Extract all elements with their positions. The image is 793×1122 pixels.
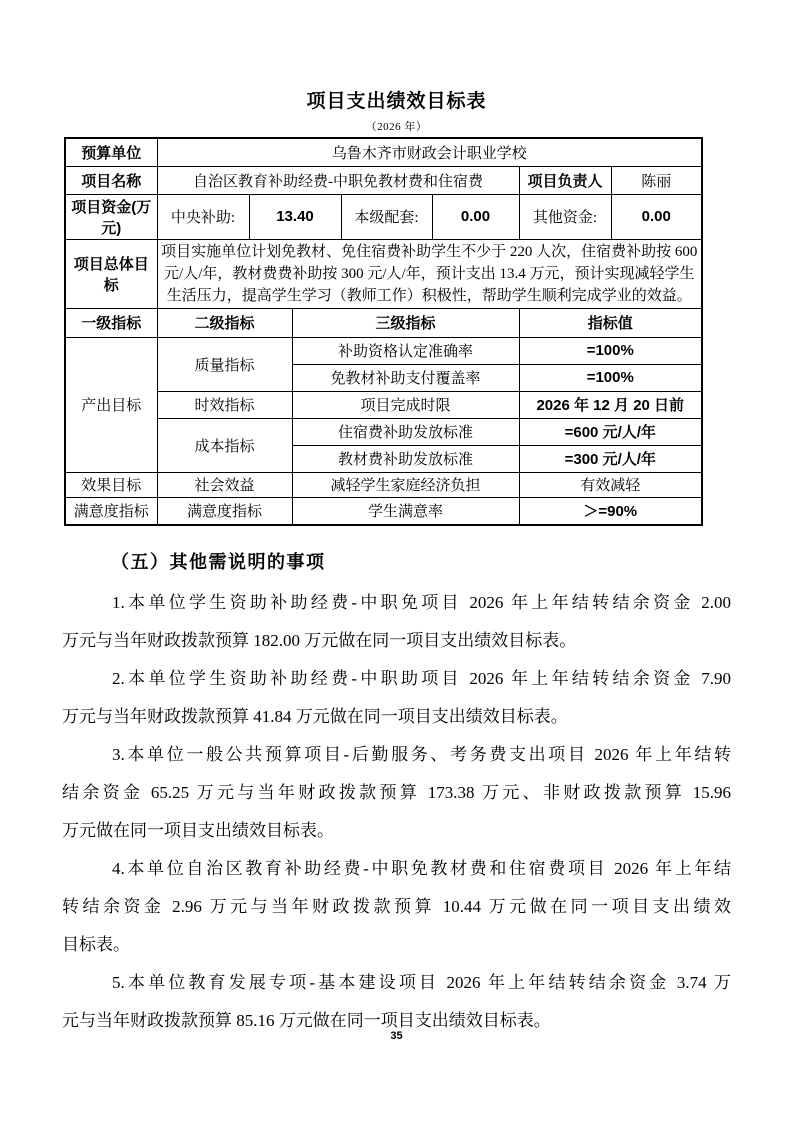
note-paragraph: 2.本单位学生资助补助经费-中职助项目 2026 年上年结转结余资金 7.90 … xyxy=(62,660,731,736)
note-paragraph: 5.本单位教育发展专项-基本建设项目 2026 年上年结转结余资金 3.74 万… xyxy=(62,964,731,1040)
project-funds-label: 项目资金(万元) xyxy=(65,194,157,239)
level2-quality: 质量指标 xyxy=(157,337,292,391)
indicator-name: 免教材补助支付覆盖率 xyxy=(292,364,519,391)
fund-central-label: 中央补助: xyxy=(157,194,249,239)
project-leader-label: 项目负责人 xyxy=(519,166,611,194)
note-line: 结余资金 65.25 万元与当年财政拨款预算 173.38 万元、非财政拨款预算… xyxy=(62,774,731,812)
indicator-row: 效果目标 社会效益 减轻学生家庭经济负担 有效减轻 xyxy=(65,472,702,497)
notes-heading: （五）其他需说明的事项 xyxy=(62,549,731,576)
note-paragraph: 4.本单位自治区教育补助经费-中职免教材费和住宿费项目 2026 年上年结 转结… xyxy=(62,850,731,964)
fund-local-value: 0.00 xyxy=(432,194,519,239)
indicator-value: 2026 年 12 月 20 日前 xyxy=(519,391,702,418)
budget-unit-label: 预算单位 xyxy=(65,138,157,166)
note-line: 5.本单位教育发展专项-基本建设项目 2026 年上年结转结余资金 3.74 万 xyxy=(62,964,731,1002)
header-level3: 三级指标 xyxy=(292,308,519,337)
fund-local-label: 本级配套: xyxy=(341,194,432,239)
note-line: 4.本单位自治区教育补助经费-中职免教材费和住宿费项目 2026 年上年结 xyxy=(62,850,731,888)
level1-effect-goal: 效果目标 xyxy=(65,472,157,497)
indicator-value: =100% xyxy=(519,337,702,364)
header-level2: 二级指标 xyxy=(157,308,292,337)
indicator-value: =600 元/人/年 xyxy=(519,418,702,445)
level2-cost: 成本指标 xyxy=(157,418,292,472)
notes-section: （五）其他需说明的事项 1.本单位学生资助补助经费-中职免项目 2026 年上年… xyxy=(62,549,731,1040)
fund-central-value: 13.40 xyxy=(249,194,341,239)
indicator-value: =100% xyxy=(519,364,702,391)
table-row: 项目资金(万元) 中央补助: 13.40 本级配套: 0.00 其他资金: 0.… xyxy=(65,194,702,239)
project-leader-value: 陈丽 xyxy=(611,166,702,194)
table-row: 项目总体目标 项目实施单位计划免教材、免住宿费补助学生不少于 220 人次，住宿… xyxy=(65,239,702,308)
project-name-label: 项目名称 xyxy=(65,166,157,194)
performance-target-table: 预算单位 乌鲁木齐市财政会计职业学校 项目名称 自治区教育补助经费-中职免教材费… xyxy=(64,137,703,526)
level2-timeliness: 时效指标 xyxy=(157,391,292,418)
header-level1: 一级指标 xyxy=(65,308,157,337)
level1-output-goal: 产出目标 xyxy=(65,337,157,472)
note-line: 1.本单位学生资助补助经费-中职免项目 2026 年上年结转结余资金 2.00 xyxy=(62,584,731,622)
indicator-row: 产出目标 质量指标 补助资格认定准确率 =100% xyxy=(65,337,702,364)
indicator-name: 减轻学生家庭经济负担 xyxy=(292,472,519,497)
budget-unit-value: 乌鲁木齐市财政会计职业学校 xyxy=(157,138,702,166)
note-line: 万元与当年财政拨款预算 182.00 万元做在同一项目支出绩效目标表。 xyxy=(62,622,731,660)
note-line: 万元做在同一项目支出绩效目标表。 xyxy=(62,812,731,850)
indicator-row: 时效指标 项目完成时限 2026 年 12 月 20 日前 xyxy=(65,391,702,418)
note-line: 万元与当年财政拨款预算 41.84 万元做在同一项目支出绩效目标表。 xyxy=(62,698,731,736)
indicator-value: 有效减轻 xyxy=(519,472,702,497)
table-row: 预算单位 乌鲁木齐市财政会计职业学校 xyxy=(65,138,702,166)
fund-other-label: 其他资金: xyxy=(519,194,611,239)
indicator-header-row: 一级指标 二级指标 三级指标 指标值 xyxy=(65,308,702,337)
note-line: 目标表。 xyxy=(62,926,731,964)
note-line: 2.本单位学生资助补助经费-中职助项目 2026 年上年结转结余资金 7.90 xyxy=(62,660,731,698)
level2-social-benefit: 社会效益 xyxy=(157,472,292,497)
note-paragraph: 1.本单位学生资助补助经费-中职免项目 2026 年上年结转结余资金 2.00 … xyxy=(62,584,731,660)
note-line: 3.本单位一般公共预算项目-后勤服务、考务费支出项目 2026 年上年结转 xyxy=(62,736,731,774)
indicator-name: 补助资格认定准确率 xyxy=(292,337,519,364)
document-page: { "document": { "title": "项目支出绩效目标表", "s… xyxy=(0,0,793,1122)
note-paragraph: 3.本单位一般公共预算项目-后勤服务、考务费支出项目 2026 年上年结转 结余… xyxy=(62,736,731,850)
note-line: 转结余资金 2.96 万元与当年财政拨款预算 10.44 万元做在同一项目支出绩… xyxy=(62,888,731,926)
indicator-row: 成本指标 住宿费补助发放标准 =600 元/人/年 xyxy=(65,418,702,445)
indicator-value: =300 元/人/年 xyxy=(519,445,702,472)
header-value: 指标值 xyxy=(519,308,702,337)
page-number: 35 xyxy=(0,1030,793,1042)
indicator-name: 教材费补助发放标准 xyxy=(292,445,519,472)
overall-goal-label: 项目总体目标 xyxy=(65,239,157,308)
indicator-name: 项目完成时限 xyxy=(292,391,519,418)
indicator-name: 学生满意率 xyxy=(292,497,519,525)
indicator-value: ＞=90% xyxy=(519,497,702,525)
level2-satisfaction: 满意度指标 xyxy=(157,497,292,525)
page-title: 项目支出绩效目标表 xyxy=(0,86,793,113)
level1-satisfaction: 满意度指标 xyxy=(65,497,157,525)
page-subtitle-year: （2026 年） xyxy=(0,118,793,134)
overall-goal-text: 项目实施单位计划免教材、免住宿费补助学生不少于 220 人次，住宿费补助按 60… xyxy=(157,239,702,308)
table-row: 项目名称 自治区教育补助经费-中职免教材费和住宿费 项目负责人 陈丽 xyxy=(65,166,702,194)
indicator-name: 住宿费补助发放标准 xyxy=(292,418,519,445)
project-name-value: 自治区教育补助经费-中职免教材费和住宿费 xyxy=(157,166,519,194)
fund-other-value: 0.00 xyxy=(611,194,702,239)
indicator-row: 满意度指标 满意度指标 学生满意率 ＞=90% xyxy=(65,497,702,525)
